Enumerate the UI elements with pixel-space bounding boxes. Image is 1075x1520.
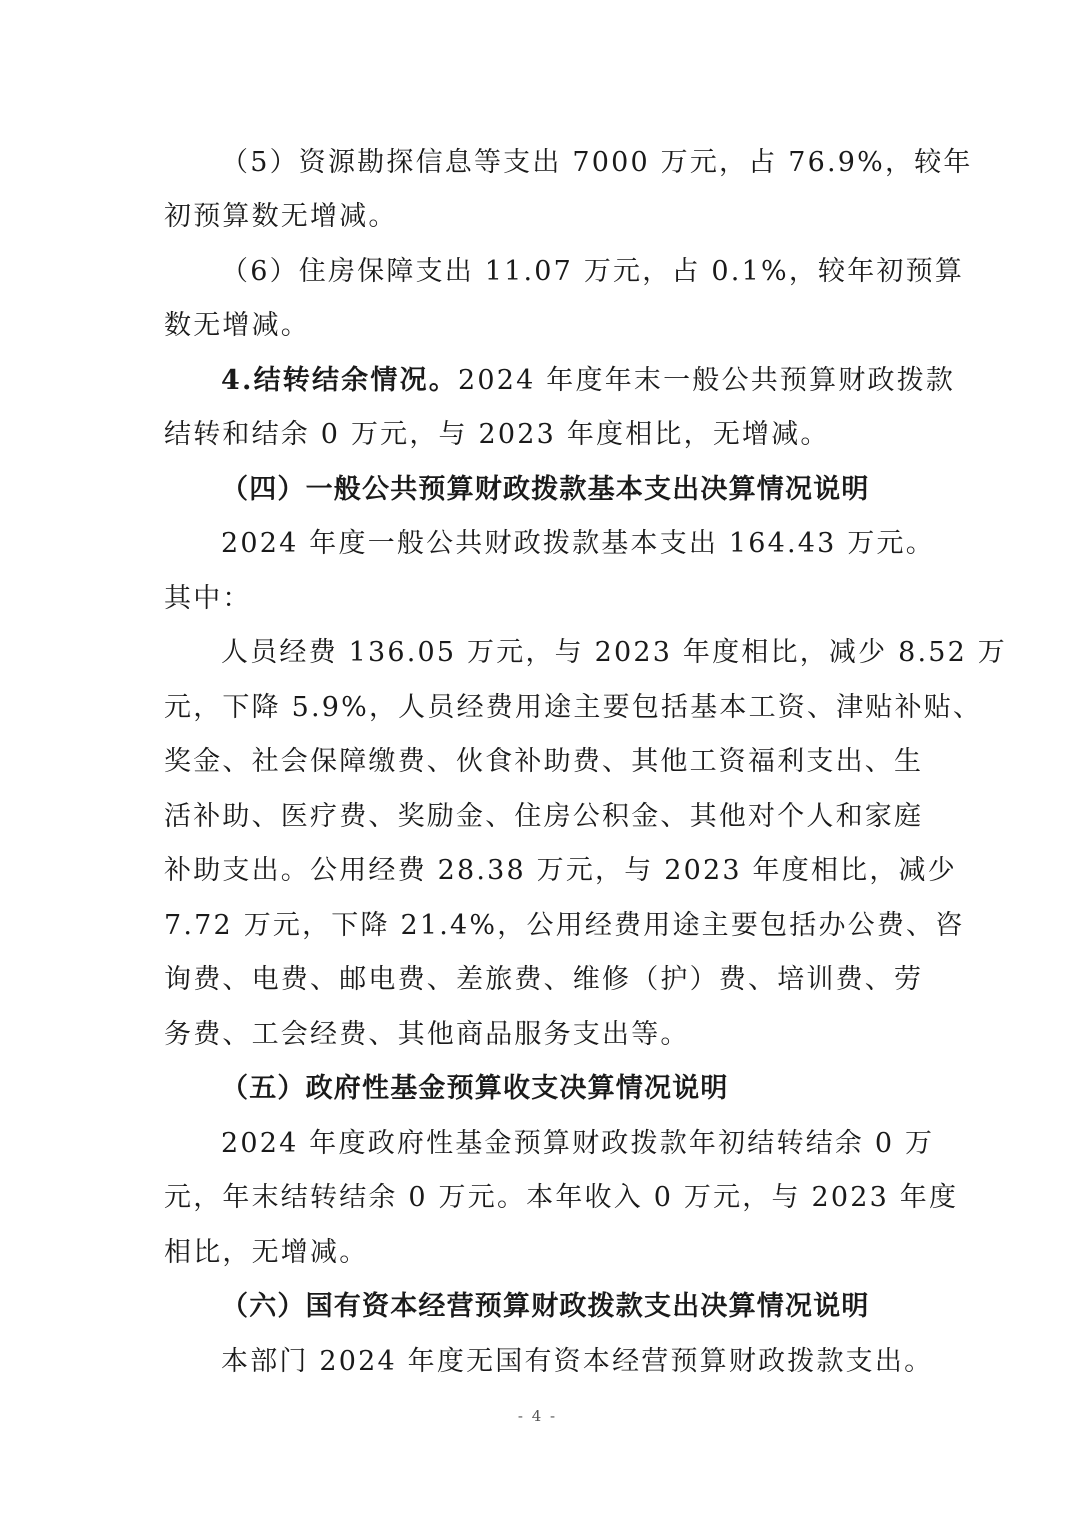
line-text: 询费、电费、邮电费、差旅费、维修（护）费、培训费、劳	[164, 964, 923, 995]
paragraph-line: 补助支出。公用经费 28.38 万元，与 2023 年度相比，减少	[164, 853, 914, 889]
paragraph-line: 结转和结余 0 万元，与 2023 年度相比，无增减。	[164, 417, 914, 453]
line-text: （四）一般公共预算财政拨款基本支出决算情况说明	[221, 474, 870, 505]
paragraph-line: 7.72 万元，下降 21.4%，公用经费用途主要包括办公费、咨	[164, 908, 914, 944]
page-number: - 4 -	[0, 1407, 1075, 1425]
line-text: 2024 年度年末一般公共预算财政拨款	[458, 365, 955, 396]
line-text: （五）政府性基金预算收支决算情况说明	[221, 1073, 729, 1104]
line-text: 2024 年度一般公共财政拨款基本支出 164.43 万元。	[221, 528, 935, 559]
section-heading: （五）政府性基金预算收支决算情况说明	[221, 1071, 729, 1107]
paragraph-line: 本部门 2024 年度无国有资本经营预算财政拨款支出。	[221, 1344, 914, 1380]
paragraph-line: 务费、工会经费、其他商品服务支出等。	[164, 1017, 914, 1053]
line-text: （6）住房保障支出 11.07 万元，占 0.1%，较年初预算	[221, 256, 964, 287]
paragraph-line: 元，年末结转结余 0 万元。本年收入 0 万元，与 2023 年度	[164, 1180, 914, 1216]
paragraph-line: 相比，无增减。	[164, 1235, 914, 1271]
paragraph-line: 2024 年度一般公共财政拨款基本支出 164.43 万元。	[221, 526, 914, 562]
paragraph-line: 数无增减。	[164, 308, 914, 344]
paragraph-line: 初预算数无增减。	[164, 199, 914, 235]
line-text: 人员经费 136.05 万元，与 2023 年度相比，减少 8.52 万	[221, 637, 1007, 668]
paragraph-line: 元，下降 5.9%，人员经费用途主要包括基本工资、津贴补贴、	[164, 690, 914, 726]
paragraph-line: 活补助、医疗费、奖励金、住房公积金、其他对个人和家庭	[164, 799, 914, 835]
line-text: 务费、工会经费、其他商品服务支出等。	[164, 1019, 690, 1050]
section-heading: （六）国有资本经营预算财政拨款支出决算情况说明	[221, 1289, 870, 1325]
line-text: 结转和结余 0 万元，与 2023 年度相比，无增减。	[164, 419, 830, 450]
section-heading: （四）一般公共预算财政拨款基本支出决算情况说明	[221, 472, 870, 508]
paragraph-line: 询费、电费、邮电费、差旅费、维修（护）费、培训费、劳	[164, 962, 914, 998]
paragraph-line: 奖金、社会保障缴费、伙食补助费、其他工资福利支出、生	[164, 744, 914, 780]
paragraph-line: （5）资源勘探信息等支出 7000 万元，占 76.9%，较年	[221, 145, 914, 181]
line-text: 初预算数无增减。	[164, 201, 398, 232]
line-text: 2024 年度政府性基金预算财政拨款年初结转结余 0 万	[221, 1128, 934, 1159]
bold-lead-text: 4.结转结余情况。	[221, 365, 458, 396]
line-text: 其中：	[164, 583, 252, 614]
document-page: （5）资源勘探信息等支出 7000 万元，占 76.9%，较年初预算数无增减。（…	[0, 0, 1075, 1520]
paragraph-line: 2024 年度政府性基金预算财政拨款年初结转结余 0 万	[221, 1126, 914, 1162]
line-text: 本部门 2024 年度无国有资本经营预算财政拨款支出。	[221, 1346, 933, 1377]
line-text: 奖金、社会保障缴费、伙食补助费、其他工资福利支出、生	[164, 746, 923, 777]
line-text: 补助支出。公用经费 28.38 万元，与 2023 年度相比，减少	[164, 855, 957, 886]
line-text: （5）资源勘探信息等支出 7000 万元，占 76.9%，较年	[221, 147, 973, 178]
paragraph-line: （6）住房保障支出 11.07 万元，占 0.1%，较年初预算	[221, 254, 914, 290]
line-text: （六）国有资本经营预算财政拨款支出决算情况说明	[221, 1291, 870, 1322]
line-text: 7.72 万元，下降 21.4%，公用经费用途主要包括办公费、咨	[164, 910, 964, 941]
line-text: 元，下降 5.9%，人员经费用途主要包括基本工资、津贴补贴、	[164, 692, 982, 723]
paragraph-line: 人员经费 136.05 万元，与 2023 年度相比，减少 8.52 万	[221, 635, 914, 671]
line-text: 元，年末结转结余 0 万元。本年收入 0 万元，与 2023 年度	[164, 1182, 958, 1213]
paragraph-line: 4.结转结余情况。2024 年度年末一般公共预算财政拨款	[221, 363, 914, 399]
line-text: 相比，无增减。	[164, 1237, 368, 1268]
line-text: 活补助、医疗费、奖励金、住房公积金、其他对个人和家庭	[164, 801, 923, 832]
line-text: 数无增减。	[164, 310, 310, 341]
paragraph-line: 其中：	[164, 581, 914, 617]
